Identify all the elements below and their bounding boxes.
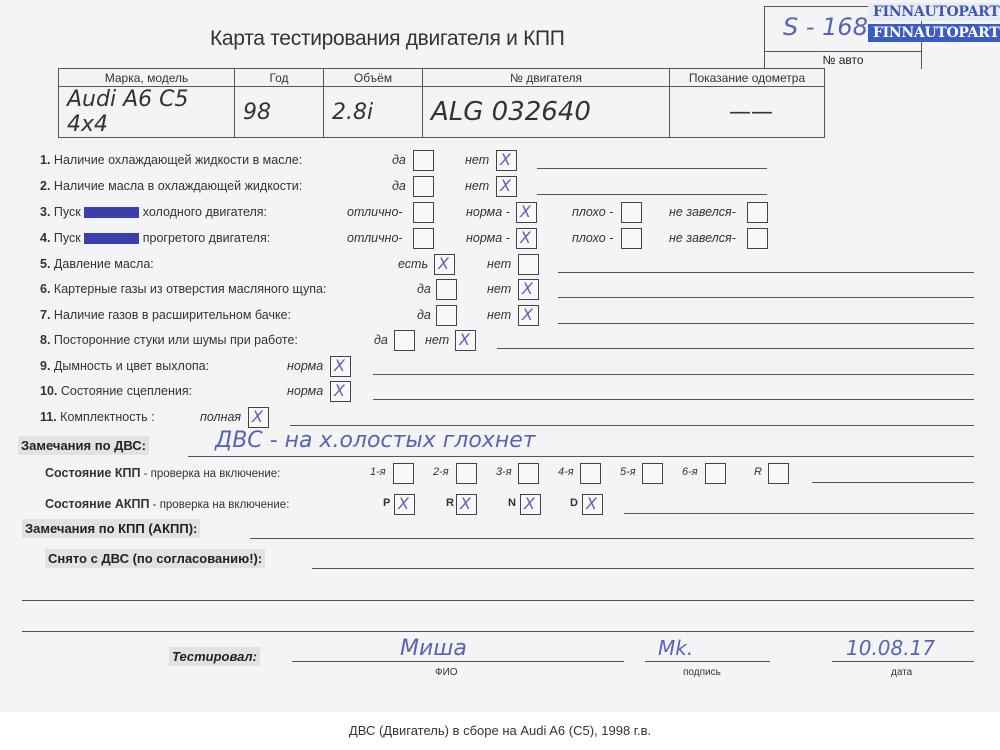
gear-label: P: [383, 497, 390, 509]
item-number: 10.: [40, 384, 57, 398]
checkbox-gear-6[interactable]: [705, 463, 726, 484]
option-label: да: [417, 308, 431, 322]
item-label: Посторонние стуки или шумы при работе:: [54, 333, 298, 347]
engine-remarks-line: [188, 456, 974, 457]
watermark-logo-inverse: FINNAUTOPARTS: [868, 24, 1000, 42]
item-8: 8. Посторонние стуки или шумы при работе…: [0, 330, 1000, 352]
checkbox-gear-1[interactable]: [393, 463, 414, 484]
checkbox-normal[interactable]: [516, 228, 537, 249]
item-9: 9. Дымность и цвет выхлопа: норма: [0, 356, 1000, 378]
value-odometer: ——: [670, 87, 825, 138]
gear-label: R: [446, 497, 454, 509]
manual-gearbox-sublabel: - проверка на включение:: [140, 468, 280, 480]
item-7: 7. Наличие газов в расширительном бачке:…: [0, 305, 1000, 327]
item-number: 3.: [40, 205, 50, 219]
checkbox-no[interactable]: [455, 330, 476, 351]
item-4: 4. Пуск прогретого двигателя: отлично- н…: [0, 228, 1000, 250]
checkbox-no[interactable]: [518, 279, 539, 300]
checkbox-gear-4[interactable]: [580, 463, 601, 484]
option-label: норма -: [466, 205, 510, 219]
notes-line[interactable]: [558, 297, 974, 298]
gear-label: 6-я: [682, 466, 698, 478]
col-make-model: Марка, модель: [59, 69, 235, 87]
option-label: нет: [425, 333, 449, 347]
item-label: Наличие масла в охлаждающей жидкости:: [54, 179, 302, 193]
form-title: Карта тестирования двигателя и КПП: [210, 27, 565, 51]
checkbox-not-started[interactable]: [747, 202, 768, 223]
option-label: отлично-: [347, 231, 403, 245]
redaction-mark: [84, 233, 139, 244]
value-engine-number: ALG 032640: [423, 87, 670, 138]
option-label: да: [392, 153, 406, 167]
checkbox-normal[interactable]: [330, 381, 351, 402]
checkbox-no[interactable]: [518, 305, 539, 326]
option-label: не завелся-: [669, 231, 736, 245]
item-number: 9.: [40, 359, 50, 373]
checkbox-gear-3[interactable]: [518, 463, 539, 484]
checkbox-gear-d[interactable]: [582, 494, 603, 515]
engine-remarks-value[interactable]: ДВС - на х.олостых глохнет: [215, 428, 536, 453]
option-label: плохо -: [572, 205, 613, 219]
item-10: 10. Состояние сцепления: норма: [0, 381, 1000, 403]
item-label: Состояние сцепления:: [61, 384, 192, 398]
gear-label: 5-я: [620, 466, 636, 478]
engine-remarks-label: Замечания по ДВС:: [18, 436, 149, 455]
col-volume: Объём: [324, 69, 423, 87]
item-number: 7.: [40, 308, 50, 322]
item-label: Наличие охлаждающей жидкости в масле:: [54, 153, 302, 167]
value-volume: 2.8i: [324, 87, 423, 138]
gear-label: 2-я: [433, 466, 449, 478]
checkbox-bad[interactable]: [621, 228, 642, 249]
checkbox-gear-r[interactable]: [456, 494, 477, 515]
tester-name[interactable]: Миша: [400, 636, 467, 661]
value-make-model: Audi A6 C5 4x4: [59, 87, 235, 138]
checkbox-no[interactable]: [496, 176, 517, 197]
item-number: 8.: [40, 333, 50, 347]
notes-line[interactable]: [373, 399, 974, 400]
checkbox-absent[interactable]: [518, 254, 539, 275]
notes-line[interactable]: [497, 348, 974, 349]
option-label: норма -: [466, 231, 510, 245]
extra-notes-line[interactable]: [22, 600, 974, 601]
option-label: норма: [287, 384, 323, 398]
item-number: 5.: [40, 257, 50, 271]
signature-line: [645, 661, 770, 662]
col-engine-number: № двигателя: [423, 69, 670, 87]
option-label: нет: [465, 179, 489, 193]
checkbox-yes[interactable]: [413, 150, 434, 171]
option-label: полная: [200, 410, 241, 424]
item-label: Наличие газов в расширительном бачке:: [54, 308, 291, 322]
notes-line[interactable]: [373, 374, 974, 375]
vehicle-info-table: Марка, модель Год Объём № двигателя Пока…: [58, 68, 825, 138]
item-1: 1. Наличие охлаждающей жидкости в масле:…: [0, 150, 1000, 172]
item-number: 11.: [40, 410, 57, 424]
option-label: норма: [287, 359, 323, 373]
option-label: нет: [487, 308, 511, 322]
checkbox-gear-p[interactable]: [394, 494, 415, 515]
option-label: да: [392, 179, 406, 193]
checkbox-gear-r[interactable]: [768, 463, 789, 484]
name-line: [292, 661, 624, 662]
checkbox-excellent[interactable]: [413, 202, 434, 223]
gear-label: N: [508, 497, 516, 509]
auto-number-label: № авто: [765, 51, 921, 69]
checkbox-gear-2[interactable]: [456, 463, 477, 484]
checkbox-complete[interactable]: [248, 407, 269, 428]
option-label: нет: [487, 282, 511, 296]
auto-gearbox-row: Состояние АКПП - проверка на включение: …: [0, 494, 1000, 516]
item-number: 4.: [40, 231, 50, 245]
manual-gearbox-label: Состояние КПП: [45, 466, 140, 480]
gear-label: 1-я: [370, 466, 386, 478]
signature-label: подпись: [683, 667, 721, 678]
notes-line[interactable]: [290, 425, 974, 426]
option-label: есть: [398, 257, 428, 271]
item-3: 3. Пуск холодного двигателя: отлично- но…: [0, 202, 1000, 224]
option-label: нет: [465, 153, 489, 167]
gear-label: 3-я: [496, 466, 512, 478]
checkbox-normal[interactable]: [330, 356, 351, 377]
manual-gearbox-row: Состояние КПП - проверка на включение: 1…: [0, 463, 1000, 485]
item-5: 5. Давление масла: есть нет: [0, 254, 1000, 276]
checkbox-yes[interactable]: [436, 279, 457, 300]
item-number: 2.: [40, 179, 50, 193]
value-year: 98: [235, 87, 324, 138]
col-odometer: Показание одометра: [670, 69, 825, 87]
gear-label: 4-я: [558, 466, 574, 478]
removed-line[interactable]: [312, 568, 974, 569]
watermark-logo: FINNAUTOPARTS: [868, 3, 1000, 21]
option-label: да: [417, 282, 431, 296]
item-label: Пуск: [54, 231, 81, 245]
checkbox-yes[interactable]: [394, 330, 415, 351]
extra-notes-line[interactable]: [22, 631, 974, 632]
date-label: дата: [891, 667, 912, 678]
checkbox-yes[interactable]: [413, 176, 434, 197]
test-card-sheet: Карта тестирования двигателя и КПП S - 1…: [0, 0, 1000, 712]
auto-gearbox-sublabel: - проверка на включение:: [149, 499, 289, 511]
notes-line[interactable]: [812, 482, 974, 483]
gear-label: D: [570, 497, 578, 509]
item-label: Пуск: [54, 205, 81, 219]
tested-by-label: Тестировал:: [169, 647, 260, 666]
checkbox-yes[interactable]: [436, 305, 457, 326]
test-date[interactable]: 10.08.17: [846, 636, 935, 660]
notes-line[interactable]: [558, 323, 974, 324]
checkbox-no[interactable]: [496, 150, 517, 171]
item-label: Дымность и цвет выхлопа:: [54, 359, 209, 373]
option-label: отлично-: [347, 205, 403, 219]
item-11: 11. Комплектность : полная: [0, 407, 1000, 429]
redaction-mark: [84, 207, 139, 218]
item-label: холодного двигателя:: [143, 205, 267, 219]
image-caption: ДВС (Двигатель) в сборе на Audi A6 (C5),…: [0, 712, 1000, 750]
col-year: Год: [235, 69, 324, 87]
auto-gearbox-label: Состояние АКПП: [45, 497, 149, 511]
item-number: 1.: [40, 153, 50, 167]
item-label: Комплектность :: [60, 410, 154, 424]
checkbox-bad[interactable]: [621, 202, 642, 223]
checkbox-not-started[interactable]: [747, 228, 768, 249]
item-6: 6. Картерные газы из отверстия масляного…: [0, 279, 1000, 301]
option-label: плохо -: [572, 231, 613, 245]
removed-label: Снято с ДВС (по согласованию!):: [45, 549, 265, 568]
checkbox-excellent[interactable]: [413, 228, 434, 249]
gearbox-remarks-label: Замечания по КПП (АКПП):: [22, 519, 200, 538]
fio-label: ФИО: [435, 667, 458, 678]
notes-line[interactable]: [558, 272, 974, 273]
checkbox-gear-n[interactable]: [520, 494, 541, 515]
checkbox-normal[interactable]: [516, 202, 537, 223]
item-number: 6.: [40, 282, 50, 296]
checkbox-gear-5[interactable]: [642, 463, 663, 484]
option-label: нет: [487, 257, 511, 271]
item-label: прогретого двигателя:: [143, 231, 271, 245]
gear-label: R: [754, 466, 762, 478]
tester-signature[interactable]: Mk.: [658, 636, 693, 660]
date-line: [832, 661, 974, 662]
notes-line[interactable]: [624, 513, 974, 514]
notes-line[interactable]: [537, 168, 767, 169]
gearbox-remarks-line[interactable]: [250, 538, 974, 539]
auto-number-value: S - 168: [783, 13, 868, 41]
item-2: 2. Наличие масла в охлаждающей жидкости:…: [0, 176, 1000, 198]
option-label: не завелся-: [669, 205, 736, 219]
notes-line[interactable]: [537, 194, 767, 195]
checkbox-present[interactable]: [434, 254, 455, 275]
item-label: Картерные газы из отверстия масляного щу…: [54, 282, 326, 296]
item-label: Давление масла:: [54, 257, 154, 271]
option-label: да: [374, 333, 388, 347]
